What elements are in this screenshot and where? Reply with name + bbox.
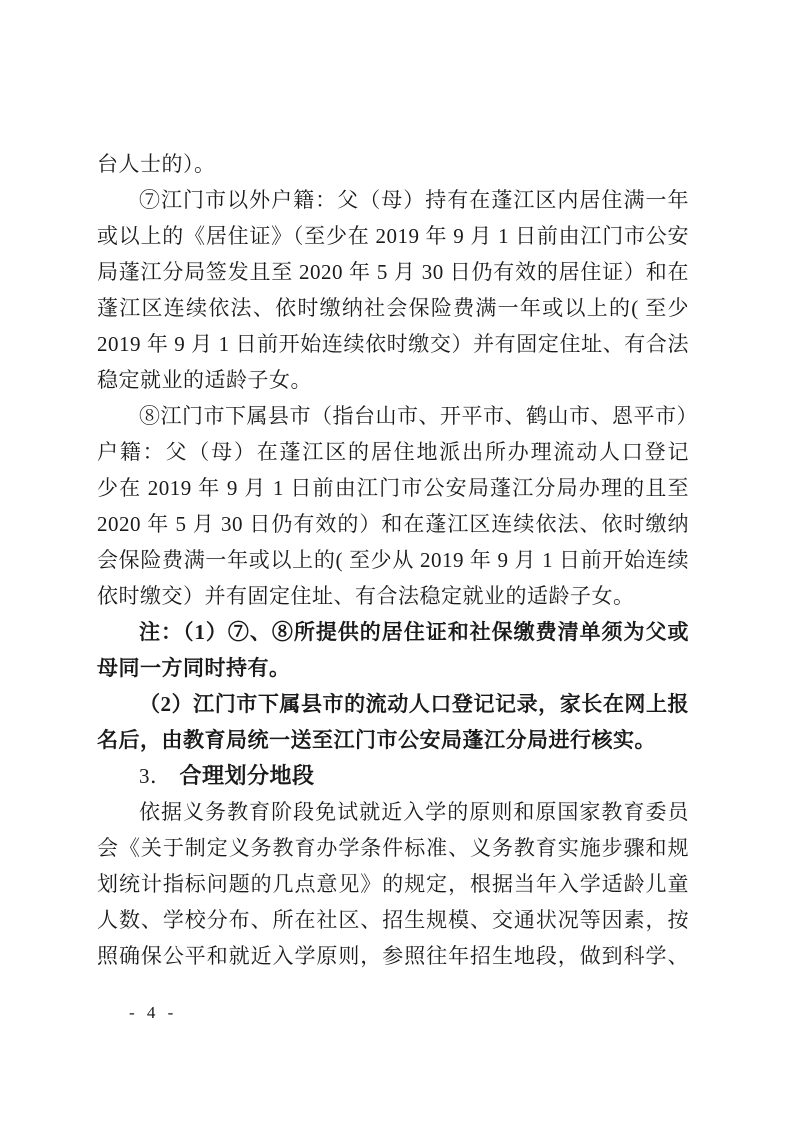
section-3: 3．合理划分地段 <box>97 758 689 794</box>
text-line: 少在 2019 年 9 月 1 日前由江门市公安局蓬江分局办理的且至 <box>97 470 689 506</box>
text-line: ⑧江门市下属县市（指台山市、开平市、鹤山市、恩平市） <box>97 398 689 434</box>
note-paragraph-2: （2）江门市下属县市的流动人口登记记录，家长在网上报 名后，由教育局统一送至江门… <box>97 686 689 758</box>
text-line: 蓬江区连续依法、依时缴纳社会保险费满一年或以上的( 至少从 <box>97 290 689 326</box>
paragraph-continuation: 台人士的）。 <box>97 146 689 182</box>
text-line: 母同一方同时持有。 <box>97 650 689 686</box>
text-line: 名后，由教育局统一送至江门市公安局蓬江分局进行核实。 <box>97 722 689 758</box>
text-line: 会《关于制定义务教育办学条件标准、义务教育实施步骤和规 <box>97 830 689 866</box>
text-line: ⑦江门市以外户籍：父（母）持有在蓬江区内居住满一年 <box>97 182 689 218</box>
text-line: 2019 年 9 月 1 日前开始连续依时缴交）并有固定住址、有合法 <box>97 326 689 362</box>
document-page: 台人士的）。 ⑦江门市以外户籍：父（母）持有在蓬江区内居住满一年 或以上的《居住… <box>0 0 793 1123</box>
section-title: 合理划分地段 <box>180 763 315 788</box>
paragraph-item-8: ⑧江门市下属县市（指台山市、开平市、鹤山市、恩平市） 户籍：父（母）在蓬江区的居… <box>97 398 689 614</box>
text-line: 照确保公平和就近入学原则，参照往年招生地段，做到科学、 <box>97 938 689 974</box>
text-line: 稳定就业的适龄子女。 <box>97 362 689 398</box>
section-heading: 3．合理划分地段 <box>97 758 689 794</box>
text-line: 会保险费满一年或以上的( 至少从 2019 年 9 月 1 日前开始连续 <box>97 542 689 578</box>
text-line: 人数、学校分布、所在社区、招生规模、交通状况等因素，按 <box>97 902 689 938</box>
paragraph-item-7: ⑦江门市以外户籍：父（母）持有在蓬江区内居住满一年 或以上的《居住证》（至少在 … <box>97 182 689 398</box>
text-line: 或以上的《居住证》（至少在 2019 年 9 月 1 日前由江门市公安 <box>97 218 689 254</box>
text-line: 户籍：父（母）在蓬江区的居住地派出所办理流动人口登记（至 <box>97 434 689 470</box>
section-3-body: 依据义务教育阶段免试就近入学的原则和原国家教育委员 会《关于制定义务教育办学条件… <box>97 794 689 974</box>
page-number: - 4 - <box>129 1001 177 1025</box>
text-line: 2020 年 5 月 30 日仍有效的）和在蓬江区连续依法、依时缴纳社 <box>97 506 689 542</box>
section-number: 3． <box>139 764 172 788</box>
note-paragraph-1: 注：（1）⑦、⑧所提供的居住证和社保缴费清单须为父或 母同一方同时持有。 <box>97 614 689 686</box>
text-line: 台人士的）。 <box>97 146 689 182</box>
text-line: 局蓬江分局签发且至 2020 年 5 月 30 日仍有效的居住证）和在 <box>97 254 689 290</box>
text-line: 依据义务教育阶段免试就近入学的原则和原国家教育委员 <box>97 794 689 830</box>
text-line: 划统计指标问题的几点意见》的规定，根据当年入学适龄儿童 <box>97 866 689 902</box>
text-line: 注：（1）⑦、⑧所提供的居住证和社保缴费清单须为父或 <box>97 614 689 650</box>
text-line: （2）江门市下属县市的流动人口登记记录，家长在网上报 <box>97 686 689 722</box>
text-body: 台人士的）。 ⑦江门市以外户籍：父（母）持有在蓬江区内居住满一年 或以上的《居住… <box>97 146 689 974</box>
text-line: 依时缴交）并有固定住址、有合法稳定就业的适龄子女。 <box>97 578 689 614</box>
